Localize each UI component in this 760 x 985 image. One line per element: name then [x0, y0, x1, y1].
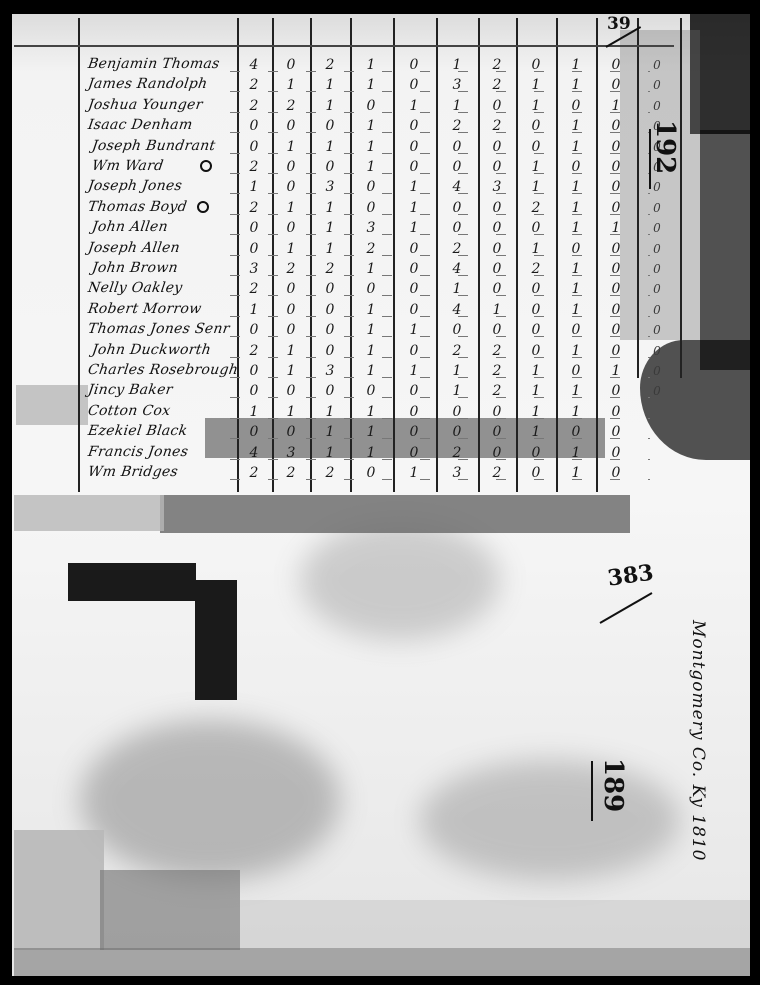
tally-cell: 3 — [482, 179, 512, 195]
tally-cell: 0 — [601, 322, 631, 338]
tally-cell: 1 — [315, 98, 345, 114]
county-margin-note: Montgomery Co. Ky 1810 — [688, 620, 708, 862]
tally-cell: 0 — [356, 281, 386, 297]
tally-cell: 0 — [276, 159, 306, 175]
tally-cell: 1 — [356, 118, 386, 134]
tally-cell: 0 — [561, 322, 591, 338]
tally-cell: 1 — [521, 363, 551, 379]
tally-cell: 1 — [521, 404, 551, 420]
tally-cell: 0 — [239, 363, 269, 379]
tally-cell: 1 — [521, 424, 551, 440]
tally-cell: 1 — [356, 139, 386, 155]
tally-cell: 1 — [276, 363, 306, 379]
household-name: Ezekiel Black — [87, 423, 189, 439]
header-rule — [14, 45, 674, 47]
tally-cell: 2 — [239, 343, 269, 359]
tally-cell: 0 — [276, 179, 306, 195]
tally-cell: 0 — [601, 343, 631, 359]
tally-cell: 1 — [356, 424, 386, 440]
tally-cell: 3 — [356, 220, 386, 236]
tally-cell: 0 — [399, 159, 429, 175]
overflow-cell: 0 — [642, 303, 672, 317]
household-name: Benjamin Thomas — [87, 56, 221, 72]
tally-cell: 0 — [315, 159, 345, 175]
tally-cell: 1 — [315, 220, 345, 236]
tally-cell: 0 — [561, 241, 591, 257]
household-name: Thomas Boyd — [87, 199, 188, 215]
tally-cell: 1 — [442, 57, 472, 73]
household-name: Cotton Cox — [87, 403, 172, 419]
tally-cell: 1 — [356, 322, 386, 338]
tally-cell: 2 — [239, 465, 269, 481]
circle-mark — [197, 201, 209, 213]
tally-cell: 1 — [276, 241, 306, 257]
tally-cell: 0 — [482, 404, 512, 420]
tape-strip — [14, 495, 164, 531]
tally-cell: 1 — [399, 220, 429, 236]
overflow-cell: 0 — [642, 221, 672, 235]
overflow-cell: 0 — [642, 78, 672, 92]
tally-cell: 0 — [482, 424, 512, 440]
tally-cell: 0 — [601, 57, 631, 73]
tally-cell: 1 — [521, 77, 551, 93]
tally-cell: 0 — [601, 77, 631, 93]
tally-cell: 1 — [315, 200, 345, 216]
overflow-cell: 0 — [642, 58, 672, 72]
tally-cell: 2 — [239, 200, 269, 216]
tally-cell: 0 — [601, 200, 631, 216]
overflow-cell: 0 — [642, 180, 672, 194]
household-name: James Randolph — [87, 76, 209, 92]
tally-cell: 1 — [561, 77, 591, 93]
tally-cell: 0 — [521, 139, 551, 155]
tally-cell: 1 — [561, 200, 591, 216]
tally-cell: 0 — [356, 200, 386, 216]
tally-cell: 1 — [601, 220, 631, 236]
tally-cell: 0 — [399, 139, 429, 155]
tally-cell: 1 — [561, 179, 591, 195]
tally-cell: 0 — [442, 424, 472, 440]
tally-cell: 3 — [442, 77, 472, 93]
tally-cell: 1 — [356, 57, 386, 73]
column-rule — [637, 18, 639, 378]
tally-cell: 2 — [442, 118, 472, 134]
household-name: Charles Rosebrough — [87, 362, 239, 378]
overflow-cell: 0 — [642, 364, 672, 378]
stamp-underline — [591, 761, 593, 821]
tally-cell: 1 — [356, 363, 386, 379]
tally-cell: 0 — [399, 261, 429, 277]
tape-strip — [240, 900, 750, 948]
tally-cell: 0 — [399, 241, 429, 257]
tally-cell: 4 — [442, 302, 472, 318]
tally-cell: 0 — [601, 261, 631, 277]
overflow-cell: 0 — [642, 262, 672, 276]
tally-cell: 1 — [561, 261, 591, 277]
tally-cell: 2 — [356, 241, 386, 257]
tally-cell: 0 — [315, 383, 345, 399]
tape-strip — [100, 870, 240, 950]
tally-cell: 1 — [399, 200, 429, 216]
tally-cell: 1 — [239, 404, 269, 420]
tally-cell: 0 — [239, 322, 269, 338]
tally-cell: 1 — [442, 98, 472, 114]
tally-cell: 0 — [399, 383, 429, 399]
household-name: John Allen — [91, 219, 169, 235]
household-name: Joseph Jones — [87, 178, 183, 194]
tally-cell: 1 — [561, 139, 591, 155]
tally-cell: 1 — [442, 383, 472, 399]
tally-cell: 1 — [482, 302, 512, 318]
tally-cell: 0 — [276, 118, 306, 134]
tally-cell: 0 — [239, 241, 269, 257]
tally-cell: 0 — [276, 424, 306, 440]
household-name: Jincy Baker — [87, 382, 174, 398]
tally-cell: 1 — [356, 261, 386, 277]
tally-cell: 1 — [399, 465, 429, 481]
tally-cell: 3 — [239, 261, 269, 277]
tally-cell: 1 — [561, 343, 591, 359]
tally-cell: 1 — [276, 343, 306, 359]
tally-cell: 0 — [561, 424, 591, 440]
tally-cell: 0 — [521, 465, 551, 481]
tally-cell: 0 — [399, 404, 429, 420]
tally-cell: 0 — [399, 343, 429, 359]
tally-cell: 0 — [442, 200, 472, 216]
tally-cell: 0 — [601, 424, 631, 440]
tally-cell: 0 — [521, 281, 551, 297]
tally-cell: 4 — [442, 261, 472, 277]
tally-cell: 0 — [276, 302, 306, 318]
tally-cell: 1 — [521, 98, 551, 114]
tally-cell: 0 — [482, 139, 512, 155]
tape-strip — [14, 830, 104, 950]
tally-cell: 1 — [561, 383, 591, 399]
tally-cell: 1 — [442, 281, 472, 297]
tally-cell: 0 — [399, 77, 429, 93]
tally-cell: 1 — [315, 404, 345, 420]
tally-cell: 1 — [521, 241, 551, 257]
tally-cell: 1 — [521, 179, 551, 195]
tally-cell: 2 — [521, 261, 551, 277]
tally-cell: 0 — [561, 159, 591, 175]
tally-cell: 0 — [356, 179, 386, 195]
tally-cell: 1 — [239, 302, 269, 318]
tally-cell: 0 — [601, 241, 631, 257]
tally-cell: 0 — [482, 220, 512, 236]
tally-cell: 1 — [561, 281, 591, 297]
tally-cell: 0 — [482, 241, 512, 257]
tally-cell: 1 — [561, 57, 591, 73]
tally-cell: 2 — [239, 159, 269, 175]
tally-cell: 0 — [561, 98, 591, 114]
tally-cell: 2 — [521, 200, 551, 216]
overflow-cell: 0 — [642, 201, 672, 215]
tally-cell: 1 — [315, 445, 345, 461]
tally-cell: 0 — [442, 322, 472, 338]
tally-cell: 1 — [276, 139, 306, 155]
overflow-cell: 0 — [642, 384, 672, 398]
column-rule — [680, 18, 682, 378]
tally-cell: 0 — [356, 98, 386, 114]
tally-cell: 0 — [601, 404, 631, 420]
tally-cell: 0 — [601, 118, 631, 134]
tally-cell: 0 — [482, 445, 512, 461]
tally-cell: 0 — [521, 445, 551, 461]
tally-cell: 0 — [521, 220, 551, 236]
tally-cell: 0 — [482, 281, 512, 297]
column-rule — [78, 18, 80, 492]
tally-cell: 1 — [601, 363, 631, 379]
tally-cell: 2 — [276, 98, 306, 114]
census-scan: Benjamin Thomas40210120100James Randolph… — [0, 0, 760, 985]
household-name: John Duckworth — [91, 342, 212, 358]
household-name: Joshua Younger — [87, 97, 204, 113]
tally-cell: 0 — [315, 322, 345, 338]
tally-cell: 1 — [315, 424, 345, 440]
tally-cell: 0 — [276, 220, 306, 236]
tally-cell: 1 — [315, 77, 345, 93]
tally-cell: 1 — [442, 363, 472, 379]
tally-cell: 0 — [315, 302, 345, 318]
page-number: 39 — [607, 14, 631, 34]
overflow-cell: 0 — [642, 242, 672, 256]
tally-cell: 2 — [482, 363, 512, 379]
tally-cell: 0 — [601, 281, 631, 297]
tally-cell: 0 — [442, 139, 472, 155]
tally-cell: 0 — [442, 404, 472, 420]
tally-cell: 0 — [601, 445, 631, 461]
tally-cell: 0 — [601, 302, 631, 318]
tally-cell: 0 — [276, 57, 306, 73]
household-name: Francis Jones — [87, 444, 189, 460]
tally-cell: 0 — [276, 281, 306, 297]
tape-strip — [14, 948, 750, 976]
tally-cell: 0 — [356, 383, 386, 399]
tally-cell: 1 — [561, 404, 591, 420]
tally-cell: 2 — [276, 465, 306, 481]
circle-mark — [200, 160, 212, 172]
tally-cell: 2 — [482, 343, 512, 359]
tally-cell: 0 — [521, 343, 551, 359]
household-name: Nelly Oakley — [87, 280, 184, 296]
tally-cell: 1 — [561, 118, 591, 134]
tally-cell: 3 — [442, 465, 472, 481]
tally-cell: 0 — [315, 281, 345, 297]
household-name: Joseph Allen — [87, 240, 181, 256]
tally-cell: 1 — [601, 98, 631, 114]
tally-cell: 0 — [239, 118, 269, 134]
tally-cell: 2 — [482, 77, 512, 93]
household-name: Thomas Jones Senr — [87, 321, 231, 337]
tally-cell: 1 — [399, 179, 429, 195]
overflow-cell: 0 — [642, 282, 672, 296]
tally-cell: 1 — [561, 445, 591, 461]
tally-cell: 2 — [482, 465, 512, 481]
tally-cell: 3 — [315, 179, 345, 195]
tally-cell: 0 — [356, 465, 386, 481]
tape-strip — [160, 495, 630, 533]
tally-cell: 4 — [239, 57, 269, 73]
stamp-number-189: 189 — [598, 758, 628, 812]
stain — [300, 520, 500, 640]
tally-cell: 2 — [239, 98, 269, 114]
stain — [420, 760, 680, 880]
tally-cell: 2 — [482, 118, 512, 134]
tally-cell: 0 — [399, 57, 429, 73]
black-tape — [195, 580, 237, 700]
tally-cell: 1 — [276, 404, 306, 420]
tally-cell: 0 — [482, 200, 512, 216]
tally-cell: 2 — [276, 261, 306, 277]
tally-cell: 0 — [399, 302, 429, 318]
tally-cell: 2 — [315, 465, 345, 481]
tally-cell: 1 — [276, 200, 306, 216]
tally-cell: 0 — [442, 220, 472, 236]
tally-cell: 0 — [521, 57, 551, 73]
tally-cell: 1 — [356, 343, 386, 359]
tally-cell: 0 — [521, 322, 551, 338]
tally-cell: 0 — [601, 465, 631, 481]
tally-cell: 2 — [315, 261, 345, 277]
tally-cell: 0 — [521, 302, 551, 318]
tally-cell: 0 — [276, 322, 306, 338]
tally-cell: 0 — [399, 424, 429, 440]
black-tape — [68, 563, 196, 601]
tally-cell: 1 — [561, 465, 591, 481]
tally-cell: 0 — [561, 363, 591, 379]
tally-cell: 0 — [601, 179, 631, 195]
tally-cell: 0 — [442, 159, 472, 175]
tally-cell: 4 — [442, 179, 472, 195]
tally-cell: 0 — [276, 383, 306, 399]
household-name: John Brown — [91, 260, 179, 276]
tally-cell: 0 — [482, 159, 512, 175]
tally-cell: 1 — [356, 302, 386, 318]
tally-cell: 2 — [239, 77, 269, 93]
tally-cell: 1 — [399, 322, 429, 338]
household-name: Joseph Bundrant — [91, 138, 217, 154]
tally-cell: 1 — [561, 302, 591, 318]
tally-cell: 0 — [239, 139, 269, 155]
tally-cell: 2 — [442, 343, 472, 359]
tally-cell: 4 — [239, 445, 269, 461]
tally-cell: 0 — [601, 139, 631, 155]
tally-cell: 3 — [315, 363, 345, 379]
tally-cell: 2 — [315, 57, 345, 73]
tally-cell: 0 — [315, 343, 345, 359]
scan-shadow — [700, 130, 750, 370]
tally-cell: 2 — [482, 57, 512, 73]
tally-cell: 0 — [482, 98, 512, 114]
tally-cell: 2 — [442, 445, 472, 461]
tally-cell: 0 — [239, 383, 269, 399]
tally-cell: 0 — [601, 383, 631, 399]
tally-cell: 1 — [521, 383, 551, 399]
tally-cell: 0 — [482, 322, 512, 338]
tally-cell: 1 — [521, 159, 551, 175]
household-name: Robert Morrow — [87, 301, 203, 317]
tally-cell: 1 — [315, 241, 345, 257]
tally-cell: 1 — [356, 77, 386, 93]
stamp-underline — [649, 129, 651, 189]
stamp-number-192: 192 — [650, 120, 680, 174]
tally-cell: 1 — [399, 363, 429, 379]
household-name: Wm Ward — [91, 158, 165, 174]
tally-cell: 0 — [482, 261, 512, 277]
tally-cell: 0 — [239, 424, 269, 440]
tally-cell: 1 — [356, 445, 386, 461]
tally-cell: 0 — [399, 445, 429, 461]
tally-cell: 0 — [399, 281, 429, 297]
overflow-cell: 0 — [642, 99, 672, 113]
tally-cell: 1 — [399, 98, 429, 114]
tally-cell: 0 — [399, 118, 429, 134]
tally-cell: 0 — [239, 220, 269, 236]
household-name: Isaac Denham — [87, 117, 194, 133]
tally-cell: 1 — [315, 139, 345, 155]
tally-cell: 2 — [442, 241, 472, 257]
tally-cell: 0 — [315, 118, 345, 134]
tally-cell: 2 — [239, 281, 269, 297]
tally-cell: 1 — [356, 159, 386, 175]
household-name: Wm Bridges — [87, 464, 179, 480]
tally-cell: 1 — [276, 77, 306, 93]
stain — [80, 720, 340, 880]
tally-cell: 1 — [561, 220, 591, 236]
tally-cell: 2 — [482, 383, 512, 399]
overflow-cell: 0 — [642, 344, 672, 358]
tally-cell: 1 — [356, 404, 386, 420]
tally-cell: 0 — [521, 118, 551, 134]
tally-cell: 1 — [239, 179, 269, 195]
overflow-cell: 0 — [642, 323, 672, 337]
tally-cell: 0 — [601, 159, 631, 175]
tally-cell: 3 — [276, 445, 306, 461]
